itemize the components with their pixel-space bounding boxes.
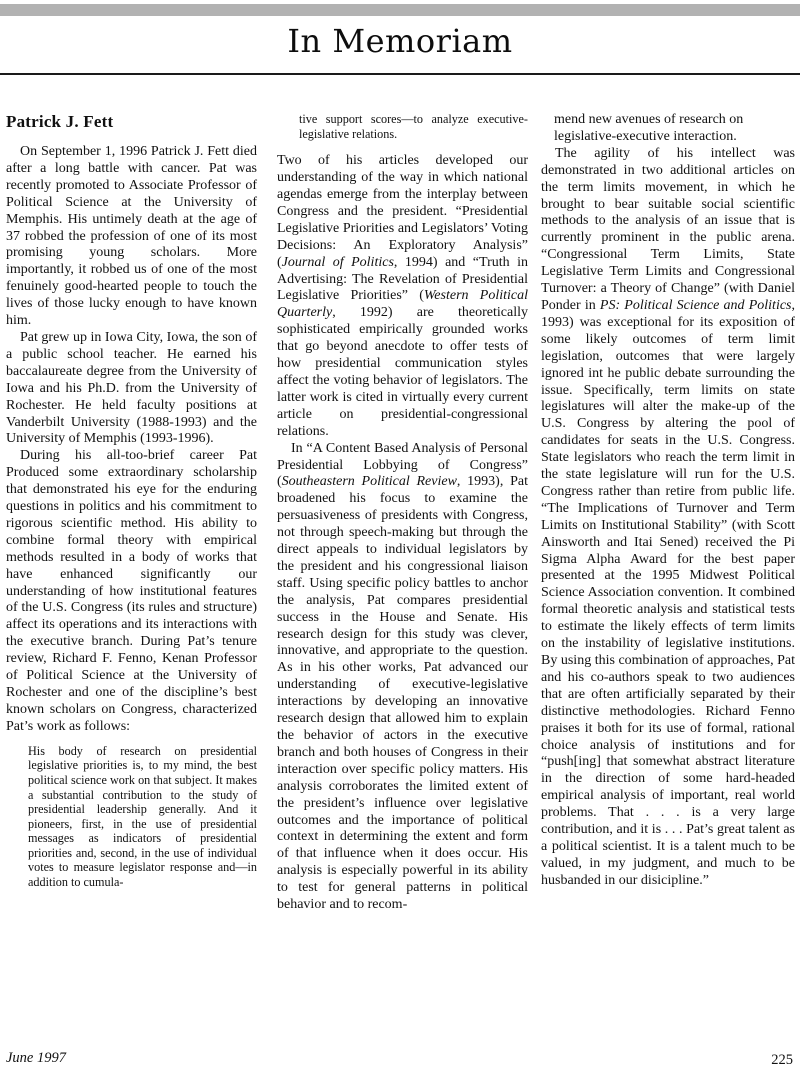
title-rule — [0, 73, 800, 75]
journal-title: Southeastern Political Review — [282, 474, 457, 489]
fragment: mend new avenues of research on legislat… — [541, 112, 795, 146]
column-1-body: On September 1, 1996 Patrick J. Fett die… — [6, 144, 257, 890]
paragraph: During his all-too-brief career Pat Prod… — [6, 448, 257, 735]
obituary-heading: Patrick J. Fett — [6, 112, 257, 132]
paragraph: The agility of his intellect was demonst… — [541, 146, 795, 890]
footer-page-number: 225 — [771, 1052, 793, 1069]
column-2-body: tive support scores—to analyze executive… — [277, 112, 528, 914]
page: In Memoriam Patrick J. Fett On September… — [0, 0, 800, 1077]
masthead-bar — [0, 4, 800, 16]
footer-issue-date: June 1997 — [6, 1050, 66, 1067]
column-2: tive support scores—to analyze executive… — [277, 112, 528, 1047]
page-title: In Memoriam — [0, 22, 800, 60]
article-columns: Patrick J. Fett On September 1, 1996 Pat… — [6, 112, 795, 1047]
paragraph: On September 1, 1996 Patrick J. Fett die… — [6, 144, 257, 330]
journal-title: Western Political Quarterly — [277, 288, 528, 320]
paragraph: Two of his articles developed our unders… — [277, 153, 528, 440]
column-3-body: mend new avenues of research on legislat… — [541, 112, 795, 890]
paragraph: Pat grew up in Iowa City, Iowa, the son … — [6, 330, 257, 448]
column-1: Patrick J. Fett On September 1, 1996 Pat… — [6, 112, 257, 1047]
quote: His body of research on presidential leg… — [28, 744, 257, 890]
paragraph: In “A Content Based Analysis of Personal… — [277, 441, 528, 914]
journal-title: Journal of Politics — [282, 255, 394, 270]
column-3: mend new avenues of research on legislat… — [541, 112, 795, 1047]
quote: tive support scores—to analyze executive… — [299, 112, 528, 141]
journal-title: PS: Political Science and Politics — [600, 298, 792, 313]
